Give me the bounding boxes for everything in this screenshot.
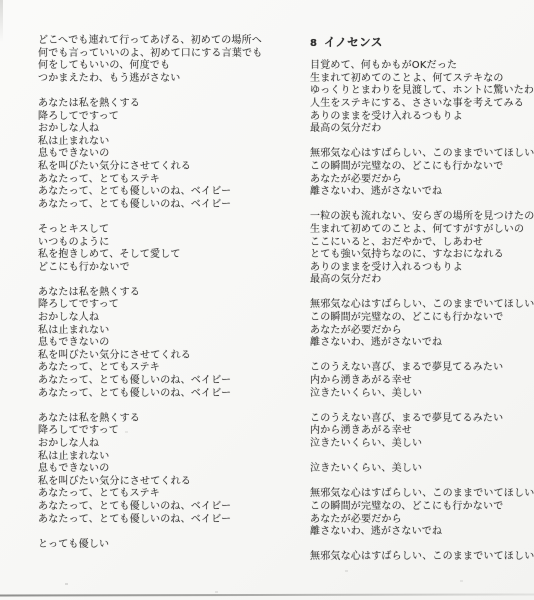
lyric-line: 泣きたいくらい、美しい: [310, 388, 532, 401]
left-lyrics-column: どこへでも連れて行ってあげる、初めての場所へ何でも言っていいのよ、初めて口にする…: [38, 35, 298, 551]
scan-speck: [65, 583, 68, 585]
stanza: 無邪気な心はすばらしい、このままでいてほしいのこの瞬間が完璧なの、どこにも行かな…: [310, 148, 532, 198]
lyric-line: 目覚めて、何もかもがOKだった: [310, 60, 532, 73]
stanza: 無邪気な心はすばらしい、このままでいてほしいのこの瞬間が完璧なの、どこにも行かな…: [310, 488, 532, 538]
lyric-line: この瞬間が完璧なの、どこにも行かないで: [310, 501, 532, 514]
lyric-line: この瞬間が完璧なの、どこにも行かないで: [310, 312, 532, 325]
lyric-line: ここにいると、おだやかで、しあわせ: [310, 237, 532, 250]
lyric-line: あなたって、とてもステキ: [38, 488, 298, 501]
lyric-line: 人生をステキにする、ささいな事を考えてみる: [310, 98, 532, 111]
page-left-edge: [0, 0, 3, 42]
lyric-line: 私は止まれない: [38, 451, 298, 464]
page-bottom-edge: [0, 593, 534, 596]
lyric-line: 最高の気分だわ: [310, 123, 532, 136]
lyric-line: おかしな人ね: [38, 123, 298, 136]
lyric-line: 内から湧きあがる幸せ: [310, 375, 532, 388]
stanza: このうえない喜び、まるで夢見てるみたい内から湧きあがる幸せ泣きたいくらい、美しい: [310, 362, 532, 400]
lyric-line: このうえない喜び、まるで夢見てるみたい: [310, 413, 532, 426]
stanza: あなたは私を熱くする降ろしてですっておかしな人ね私は止まれない息もできないの私を…: [38, 98, 298, 211]
stanza: そっとキスしていつものように私を抱きしめて、そして愛してどこにも行かないで: [38, 224, 298, 274]
stanza: あなたは私を熱くする降ろしてですっておかしな人ね私は止まれない息もできないの私を…: [38, 413, 298, 526]
right-lyrics-stanzas: 目覚めて、何もかもがOKだった生まれて初めてのことよ、何てステキなのゆっくりとま…: [310, 60, 532, 564]
lyric-line: 私は止まれない: [38, 136, 298, 149]
stanza: あなたは私を熱くする降ろしてですっておかしな人ね私は止まれない息もできないの私を…: [38, 287, 298, 400]
booklet-page: どこへでも連れて行ってあげる、初めての場所へ何でも言っていいのよ、初めて口にする…: [0, 0, 534, 600]
lyric-line: 内から湧きあがる幸せ: [310, 425, 532, 438]
lyric-line: あなたって、とても優しいのね、ベイビー: [38, 375, 298, 388]
lyric-line: このうえない喜び、まるで夢見てるみたい: [310, 362, 532, 375]
lyric-line: 離さないわ、逃がさないでね: [310, 337, 532, 350]
stanza: 無邪気な心はすばらしい、このままでいてほしいのこの瞬間が完璧なの、どこにも行かな…: [310, 299, 532, 349]
lyric-line: 離さないわ、逃がさないでね: [310, 186, 532, 199]
lyric-line: あなたって、とても優しいのね、ベイビー: [38, 186, 298, 199]
lyric-line: 生まれて初めてのことよ、何てすがすがしいの: [310, 224, 532, 237]
lyric-line: あなたが必要だから: [310, 514, 532, 527]
lyric-line: 私は止まれない: [38, 325, 298, 338]
lyric-line: 離さないわ、逃がさないでね: [310, 526, 532, 539]
stanza: このうえない喜び、まるで夢見てるみたい内から湧きあがる幸せ泣きたいくらい、美しい: [310, 413, 532, 451]
lyric-line: 泣きたいくらい、美しい: [310, 463, 532, 476]
lyric-line: ありのままを受け入れるつもりよ: [310, 111, 532, 124]
lyric-line: ゆっくりとまわりを見渡して、ホントに驚いたわ: [310, 85, 532, 98]
lyric-line: 息もできないの: [38, 148, 298, 161]
lyric-line: 無邪気な心はすばらしい、このままでいてほしいの: [310, 299, 532, 312]
lyric-line: そっとキスして: [38, 224, 298, 237]
lyric-line: 降ろしてですって: [38, 111, 298, 124]
lyric-line: あなたは私を熱くする: [38, 413, 298, 426]
lyric-line: あなたは私を熱くする: [38, 287, 298, 300]
stanza: 無邪気な心はすばらしい、このままでいてほしいの: [310, 551, 532, 564]
lyric-line: 私を抱きしめて、そして愛して: [38, 249, 298, 262]
lyric-line: ありのままを受け入れるつもりよ: [310, 262, 532, 275]
lyric-line: おかしな人ね: [38, 438, 298, 451]
lyric-line: あなたって、とてもステキ: [38, 174, 298, 187]
lyric-line: とっても優しい: [38, 539, 298, 552]
stanza: とっても優しい: [38, 539, 298, 552]
lyric-line: あなたって、とてもステキ: [38, 362, 298, 375]
lyric-line: あなたは私を熱くする: [38, 98, 298, 111]
track-title: イノセンス: [324, 35, 383, 49]
lyric-line: いつものように: [38, 237, 298, 250]
lyric-line: 一粒の涙も流れない、安らぎの場所を見つけたの: [310, 211, 532, 224]
lyric-line: 生まれて初めてのことよ、何てステキなの: [310, 73, 532, 86]
lyric-line: 私を叫びたい気分にさせてくれる: [38, 161, 298, 174]
lyric-line: 降ろしてですって: [38, 425, 298, 438]
right-lyrics-column: 8イノセンス 目覚めて、何もかもがOKだった生まれて初めてのことよ、何てステキな…: [310, 35, 532, 564]
lyric-line: 何でも言っていいのよ、初めて口にする言葉でも: [38, 48, 298, 61]
lyric-line: つかまえたわ、もう逃がさない: [38, 73, 298, 86]
lyric-line: 最高の気分だわ: [310, 274, 532, 287]
lyric-line: あなたって、とても優しいのね、ベイビー: [38, 501, 298, 514]
lyric-line: どこにも行かないで: [38, 262, 298, 275]
lyric-line: おかしな人ね: [38, 312, 298, 325]
lyric-line: 私を叫びたい気分にさせてくれる: [38, 350, 298, 363]
lyric-line: とても強い気持ちなのに、すなおになれる: [310, 249, 532, 262]
lyric-line: あなたが必要だから: [310, 174, 532, 187]
lyric-line: あなたが必要だから: [310, 325, 532, 338]
stanza: 泣きたいくらい、美しい: [310, 463, 532, 476]
lyric-line: 私を叫びたい気分にさせてくれる: [38, 476, 298, 489]
lyric-line: この瞬間が完璧なの、どこにも行かないで: [310, 161, 532, 174]
lyric-line: 無邪気な心はすばらしい、このままでいてほしいの: [310, 488, 532, 501]
lyric-line: 無邪気な心はすばらしい、このままでいてほしいの: [310, 551, 532, 564]
stanza: 目覚めて、何もかもがOKだった生まれて初めてのことよ、何てステキなのゆっくりとま…: [310, 60, 532, 136]
lyric-line: 息もできないの: [38, 337, 298, 350]
lyric-line: 泣きたいくらい、美しい: [310, 438, 532, 451]
track-header: 8イノセンス: [310, 35, 532, 60]
track-number: 8: [310, 38, 317, 49]
lyric-line: あなたって、とても優しいのね、ベイビー: [38, 514, 298, 527]
lyric-line: 息もできないの: [38, 463, 298, 476]
lyric-line: あなたって、とても優しいのね、ベイビー: [38, 388, 298, 401]
stanza: 一粒の涙も流れない、安らぎの場所を見つけたの生まれて初めてのことよ、何てすがすが…: [310, 211, 532, 287]
lyric-line: 無邪気な心はすばらしい、このままでいてほしいの: [310, 148, 532, 161]
lyric-line: 降ろしてですって: [38, 299, 298, 312]
lyric-line: どこへでも連れて行ってあげる、初めての場所へ: [38, 35, 298, 48]
lyric-line: 何をしてもいいの、何度でも: [38, 60, 298, 73]
lyric-line: あなたって、とても優しいのね、ベイビー: [38, 199, 298, 212]
stanza: どこへでも連れて行ってあげる、初めての場所へ何でも言っていいのよ、初めて口にする…: [38, 35, 298, 85]
